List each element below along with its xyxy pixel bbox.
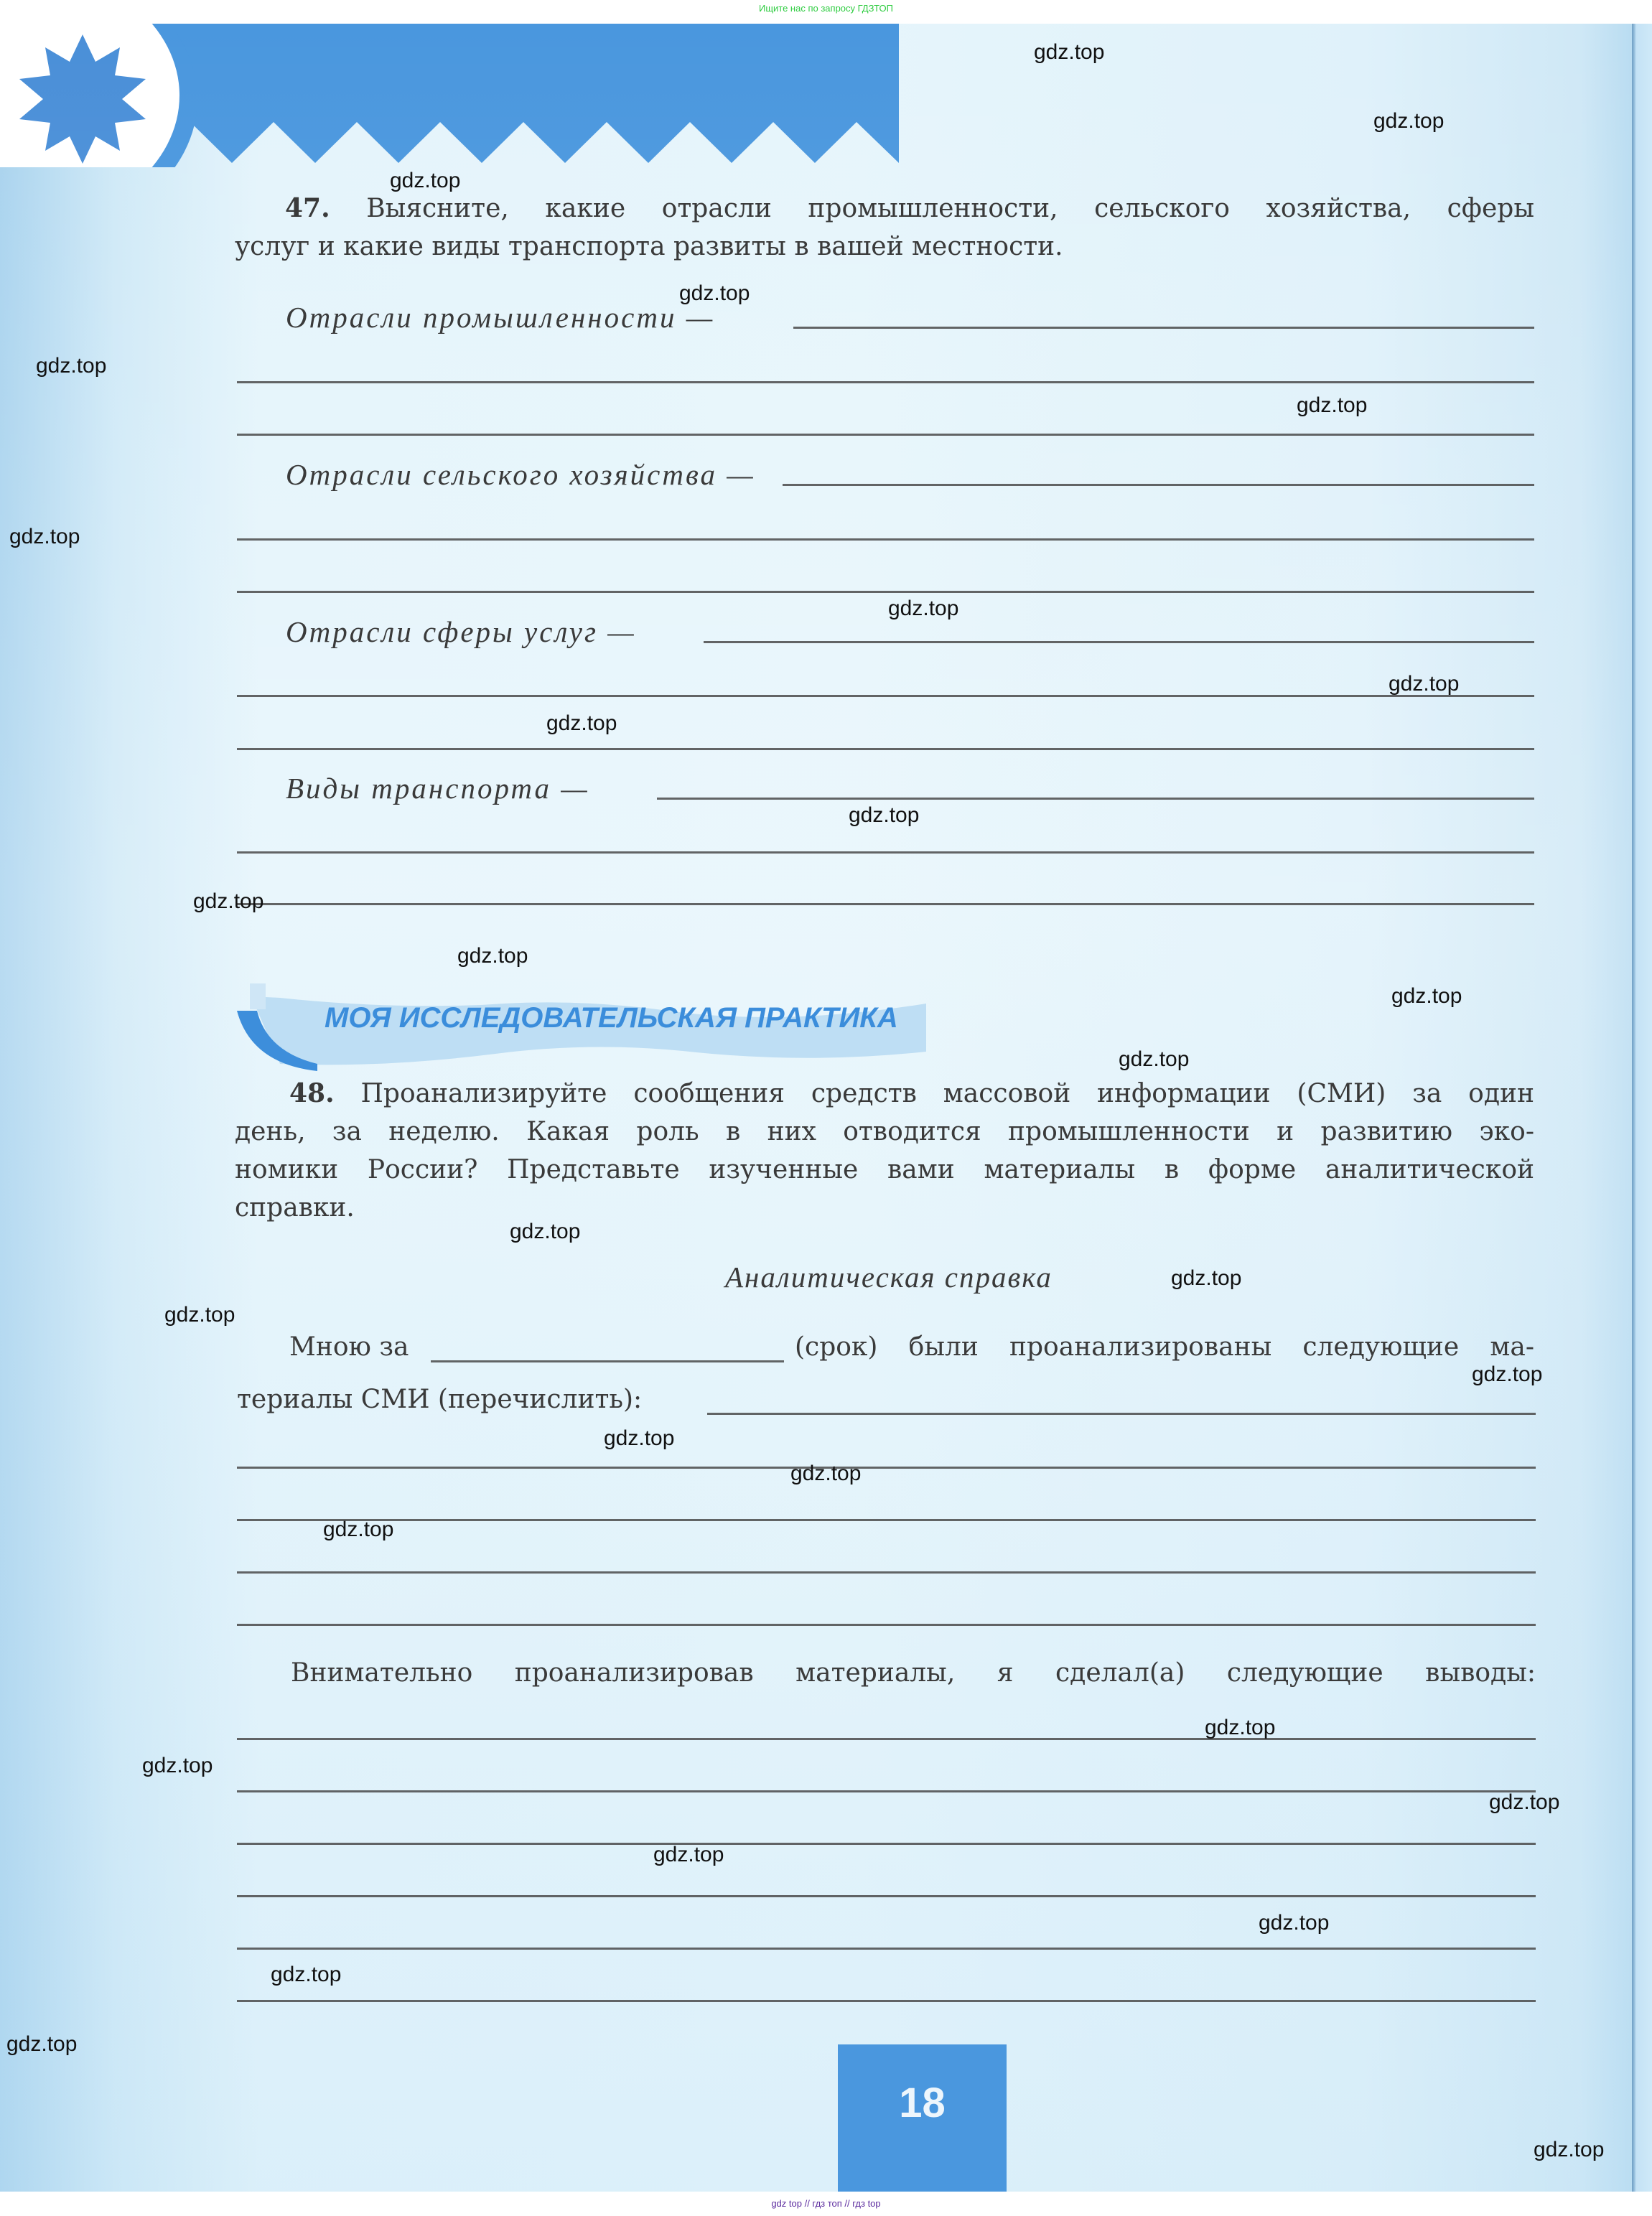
star-icon (14, 31, 151, 167)
field-label-industry: Отрасли промышленности — (286, 300, 714, 335)
watermark: gdz.top (790, 1463, 861, 1485)
watermark: gdz.top (1205, 1717, 1275, 1739)
watermark: gdz.top (1034, 42, 1104, 63)
watermark: gdz.top (390, 170, 460, 192)
watermark: gdz.top (1373, 111, 1444, 132)
period-prefix: Мною за (289, 1332, 409, 1362)
watermark: gdz.top (1171, 1268, 1241, 1289)
watermark: gdz.top (323, 1519, 393, 1541)
conclusion-line[interactable] (237, 1948, 1536, 1950)
period-suffix: (срок) были проанализированы следующие м… (795, 1332, 1534, 1362)
task-48-number: 48. (289, 1078, 335, 1108)
watermark: gdz.top (1472, 1364, 1542, 1385)
task-47-number: 47. (285, 193, 330, 223)
watermark: gdz.top (604, 1428, 674, 1449)
watermark: gdz.top (164, 1304, 235, 1326)
page-number-box: 18 (838, 2044, 1007, 2192)
conclusion-line[interactable] (237, 1738, 1536, 1740)
conclusion-line[interactable] (237, 1790, 1536, 1792)
answer-line[interactable] (237, 538, 1534, 541)
watermark: gdz.top (679, 283, 750, 304)
watermark: gdz.top (1259, 1912, 1329, 1934)
watermark: gdz.top (1391, 986, 1462, 1007)
watermark: gdz.top (9, 526, 80, 548)
task-48-line-3: номики России? Представьте изученные вам… (235, 1151, 1534, 1189)
watermark: gdz.top (271, 1964, 341, 1986)
answer-field-transport[interactable] (657, 798, 1534, 800)
watermark: gdz.top (142, 1755, 213, 1777)
answer-line[interactable] (237, 1624, 1536, 1626)
task-48-line-4: справки. (235, 1189, 1534, 1227)
answer-line[interactable] (237, 381, 1534, 383)
period-input[interactable] (431, 1360, 784, 1362)
watermark: gdz.top (1534, 2139, 1604, 2161)
page-spine (1632, 24, 1652, 2192)
field-label-transport: Виды транспорта — (286, 771, 589, 805)
watermark: gdz.top (888, 598, 958, 620)
answer-field-industry[interactable] (793, 327, 1534, 329)
watermark: gdz.top (1119, 1049, 1189, 1070)
task-47-line-2: услуг и какие виды транспорта развиты в … (235, 228, 1534, 266)
answer-line[interactable] (237, 1571, 1536, 1574)
field-label-agriculture: Отрасли сельского хозяйства — (286, 457, 755, 492)
watermark: gdz.top (546, 713, 617, 734)
conclusion-line[interactable] (237, 2000, 1536, 2002)
answer-line[interactable] (237, 851, 1534, 854)
answer-line[interactable] (237, 591, 1534, 593)
task-48-line-2: день, за неделю. Какая роль в них отводи… (235, 1113, 1534, 1151)
answer-field-services[interactable] (704, 641, 1534, 643)
answer-line[interactable] (237, 903, 1534, 905)
footer-links: gdz top // гдз топ // гдз top (0, 2198, 1652, 2209)
field-label-services: Отрасли сферы услуг — (286, 614, 636, 649)
watermark: gdz.top (510, 1221, 580, 1243)
answer-line[interactable] (237, 695, 1534, 697)
answer-field-agriculture[interactable] (783, 484, 1534, 486)
task-48-line-1: 48. Проанализируйте сообщения средств ма… (235, 1075, 1534, 1113)
task-47-line-1: 47. Выясните, какие отрасли промышленнос… (235, 190, 1534, 228)
watermark: gdz.top (1489, 1792, 1559, 1813)
report-title: Аналитическая справка (725, 1260, 1053, 1294)
watermark: gdz.top (36, 355, 106, 377)
site-search-hint: Ищите нас по запросу ГДЗТОП (0, 3, 1652, 14)
answer-line[interactable] (237, 434, 1534, 436)
page-number: 18 (838, 2079, 1007, 2127)
watermark: gdz.top (1389, 673, 1459, 695)
answer-line[interactable] (237, 1467, 1536, 1469)
watermark: gdz.top (653, 1844, 724, 1866)
materials-input[interactable] (707, 1413, 1536, 1415)
watermark: gdz.top (193, 891, 263, 912)
answer-line[interactable] (237, 748, 1534, 750)
watermark: gdz.top (457, 945, 528, 967)
watermark: gdz.top (849, 805, 919, 826)
watermark: gdz.top (1297, 395, 1367, 416)
conclusion-label: Внимательно проанализировав материалы, я… (291, 1658, 1536, 1688)
conclusion-line[interactable] (237, 1843, 1536, 1845)
conclusion-line[interactable] (237, 1895, 1536, 1897)
materials-label: териалы СМИ (перечислить): (237, 1385, 642, 1414)
watermark: gdz.top (6, 2034, 77, 2055)
answer-line[interactable] (237, 1519, 1536, 1521)
section-banner-title: МОЯ ИССЛЕДОВАТЕЛЬСКАЯ ПРАКТИКА (325, 1002, 898, 1034)
